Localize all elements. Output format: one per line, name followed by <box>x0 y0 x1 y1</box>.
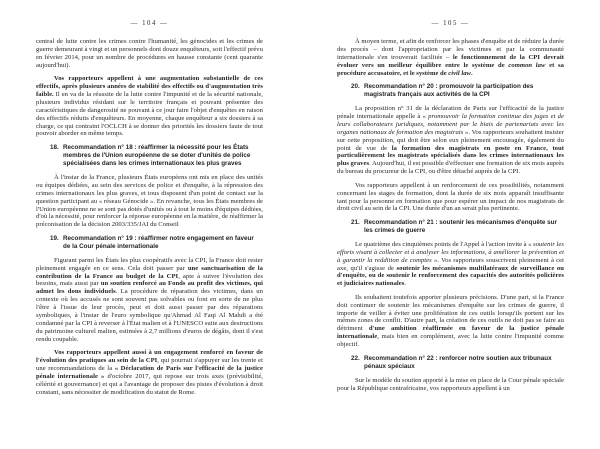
paragraph: central de lutte contre les crimes contr… <box>36 38 263 70</box>
recommendation-heading: 22.Recommandation n° 22 : renforcer notr… <box>351 355 564 371</box>
text-segment: Le quatrième des cinquièmes points de l'… <box>355 241 533 248</box>
text-segment: . <box>471 70 473 77</box>
text-segment: civil law <box>448 70 471 77</box>
recommendation-number: 20. <box>351 83 364 99</box>
paragraph: Sur le modèle du soutien apporté à la mi… <box>337 377 564 393</box>
text-segment: common law <box>508 62 545 69</box>
recommendation-heading: 19.Recommandation n° 19 : réaffirmer not… <box>50 235 263 251</box>
recommendation-number: 21. <box>351 219 364 235</box>
text-segment: . La procédure de réparation des victime… <box>36 288 263 342</box>
recommendation-number: 19. <box>50 235 63 251</box>
text-segment: . Aujourd'hui, il est possible d'effectu… <box>337 160 564 175</box>
text-segment: Sur le modèle du soutien apporté à la mi… <box>337 377 564 392</box>
paragraph: Vos rapporteurs appellent aussi à un eng… <box>36 349 263 396</box>
right-page: — 105 — À moyen terme, et afin de renfor… <box>337 20 564 398</box>
paragraph: Figurant parmi les États les plus coopér… <box>36 257 263 344</box>
page-number: — 104 — <box>36 20 263 27</box>
recommendation-title: Recommandation n° 20 : promouvoir la par… <box>364 83 564 99</box>
recommendation-heading: 18.Recommandation n° 18 : réaffirmer la … <box>50 144 263 168</box>
page-content: À moyen terme, et afin de renforcer les … <box>337 38 564 392</box>
recommendation-heading: 20.Recommandation n° 20 : promouvoir la … <box>351 83 564 99</box>
recommendation-heading: 21.Recommandation n° 21 : soutenir les m… <box>351 219 564 235</box>
text-segment: Vos rapporteurs appellent à un renforcem… <box>337 182 564 213</box>
paragraph: Vos rapporteurs appellent à une augmenta… <box>36 75 263 138</box>
text-segment: . <box>404 280 406 287</box>
text-segment: À l'instar de la France, plusieurs États… <box>36 174 263 228</box>
left-page: — 104 — central de lutte contre les crim… <box>36 20 263 402</box>
paragraph: Ils souhaitent toutefois apporter plusie… <box>337 294 564 349</box>
paragraph: À l'instar de la France, plusieurs États… <box>36 174 263 229</box>
text-segment: Il en va de la réussite de la lutte cont… <box>36 91 263 138</box>
recommendation-title: Recommandation n° 22 : renforcer notre s… <box>364 355 564 371</box>
recommendation-number: 22. <box>351 355 364 371</box>
document-scan: { "left_page": { "page_number": "— 104 —… <box>0 0 600 449</box>
paragraph: La proposition n° 31 de la déclaration d… <box>337 105 564 176</box>
paragraph: Le quatrième des cinquièmes points de l'… <box>337 241 564 288</box>
recommendation-number: 18. <box>50 144 63 168</box>
recommendation-title: Recommandation n° 18 : réaffirmer la néc… <box>63 144 263 168</box>
recommendation-title: Recommandation n° 19 : réaffirmer notre … <box>63 235 263 251</box>
recommendation-title: Recommandation n° 21 : soutenir les méca… <box>364 219 564 235</box>
text-segment: central de lutte contre les crimes contr… <box>36 38 263 69</box>
page-number: — 105 — <box>337 20 564 27</box>
paragraph: À moyen terme, et afin de renforcer les … <box>337 38 564 78</box>
page-content: central de lutte contre les crimes contr… <box>36 38 263 397</box>
paragraph: Vos rapporteurs appellent à un renforcem… <box>337 182 564 214</box>
